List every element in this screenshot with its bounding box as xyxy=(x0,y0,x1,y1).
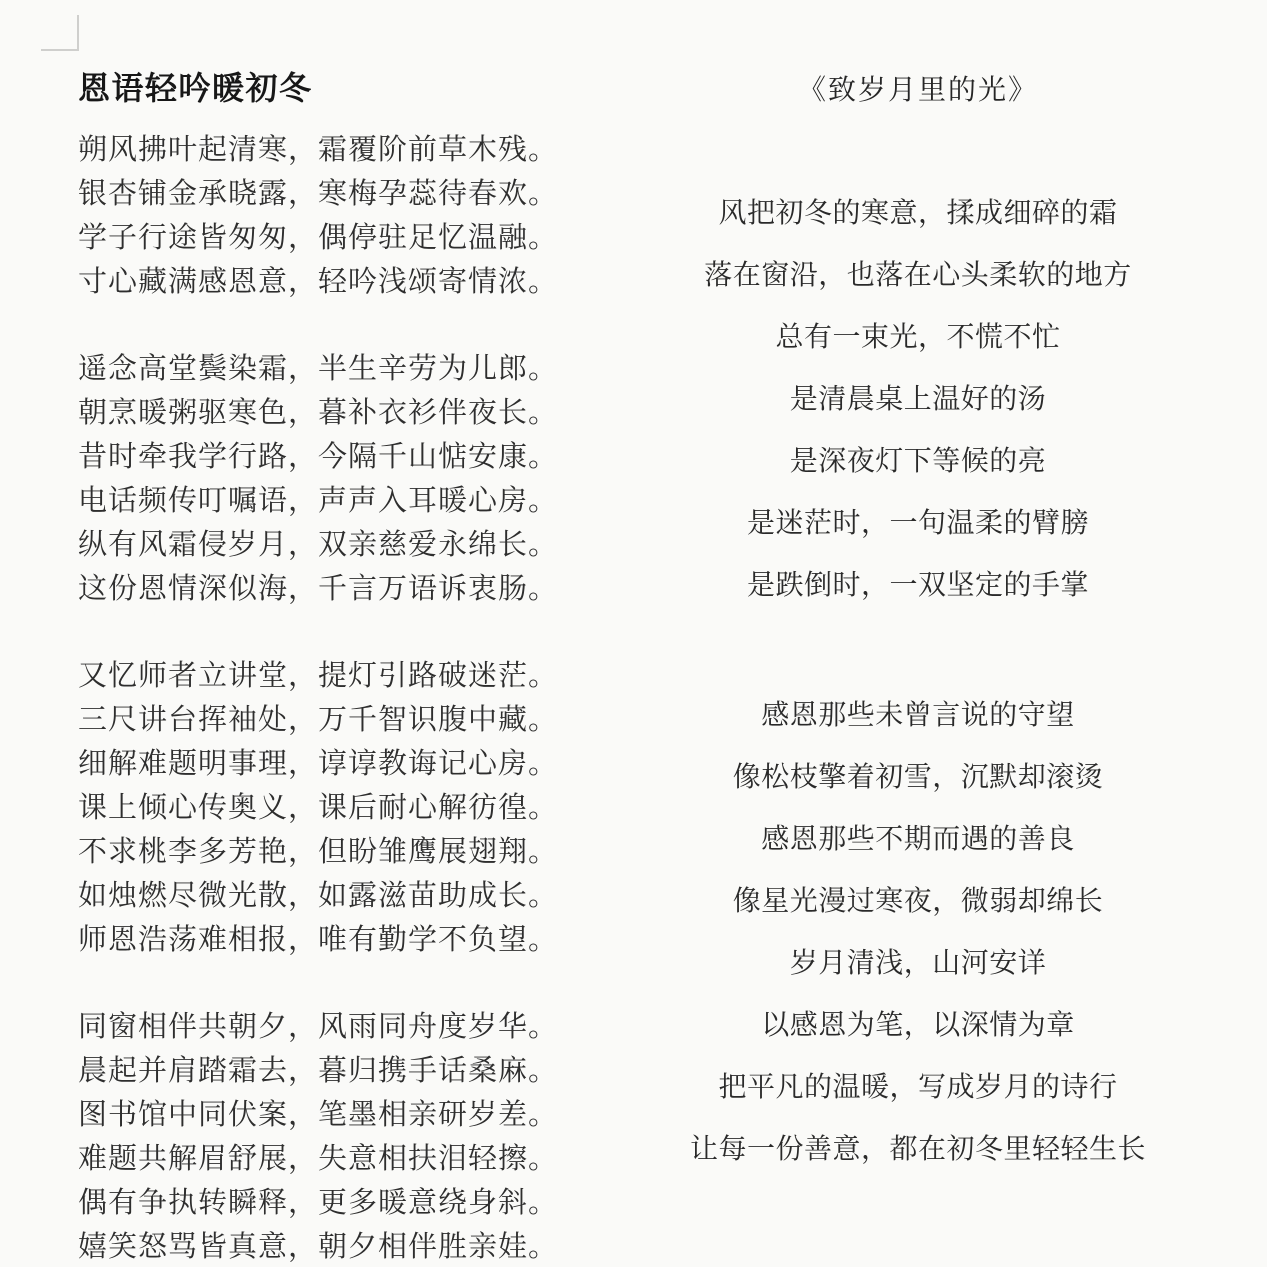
poem-line: 像松枝擎着初雪，沉默却滚烫 xyxy=(640,746,1196,808)
poem-line: 风把初冬的寒意，揉成细碎的霜 xyxy=(640,182,1196,244)
corner-crop-mark xyxy=(41,15,79,51)
poem-line: 如烛燃尽微光散，如露滋苗助成长。 xyxy=(78,874,598,918)
poem-line: 同窗相伴共朝夕，风雨同舟度岁华。 xyxy=(78,1005,598,1049)
poem-line: 不求桃李多芳艳，但盼雏鹰展翅翔。 xyxy=(78,830,598,874)
poem-line: 电话频传叮嘱语，声声入耳暖心房。 xyxy=(78,479,598,523)
document-page: 恩语轻吟暖初冬 朔风拂叶起清寒，霜覆阶前草木残。 银杏铺金承晓露，寒梅孕蕊待春欢… xyxy=(0,0,1267,1267)
left-poem-column: 恩语轻吟暖初冬 朔风拂叶起清寒，霜覆阶前草木残。 银杏铺金承晓露，寒梅孕蕊待春欢… xyxy=(78,70,598,1267)
poem-line: 落在窗沿，也落在心头柔软的地方 xyxy=(640,244,1196,306)
right-stanza-2: 感恩那些未曾言说的守望 像松枝擎着初雪，沉默却滚烫 感恩那些不期而遇的善良 像星… xyxy=(640,684,1196,1180)
left-stanza-4: 同窗相伴共朝夕，风雨同舟度岁华。 晨起并肩踏霜去，暮归携手话桑麻。 图书馆中同伏… xyxy=(78,1005,598,1267)
poem-line: 嬉笑怒骂皆真意，朝夕相伴胜亲娃。 xyxy=(78,1225,598,1267)
poem-line: 是清晨桌上温好的汤 xyxy=(640,368,1196,430)
poem-line: 纵有风霜侵岁月，双亲慈爱永绵长。 xyxy=(78,523,598,567)
poem-line: 昔时牵我学行路，今隔千山惦安康。 xyxy=(78,435,598,479)
right-poem-title: 《致岁月里的光》 xyxy=(640,70,1196,110)
poem-line: 让每一份善意，都在初冬里轻轻生长 xyxy=(640,1118,1196,1180)
poem-line: 总有一束光，不慌不忙 xyxy=(640,306,1196,368)
poem-line: 难题共解眉舒展，失意相扶泪轻擦。 xyxy=(78,1137,598,1181)
left-poem-title: 恩语轻吟暖初冬 xyxy=(78,70,598,106)
left-stanza-2: 遥念高堂鬓染霜，半生辛劳为儿郎。 朝烹暖粥驱寒色，暮补衣衫伴夜长。 昔时牵我学行… xyxy=(78,347,598,611)
right-poem-column: 《致岁月里的光》 风把初冬的寒意，揉成细碎的霜 落在窗沿，也落在心头柔软的地方 … xyxy=(640,70,1196,1180)
poem-line: 感恩那些未曾言说的守望 xyxy=(640,684,1196,746)
left-stanza-1: 朔风拂叶起清寒，霜覆阶前草木残。 银杏铺金承晓露，寒梅孕蕊待春欢。 学子行途皆匆… xyxy=(78,128,598,304)
poem-line: 像星光漫过寒夜，微弱却绵长 xyxy=(640,870,1196,932)
poem-line: 细解难题明事理，谆谆教诲记心房。 xyxy=(78,742,598,786)
poem-line: 晨起并肩踏霜去，暮归携手话桑麻。 xyxy=(78,1049,598,1093)
right-stanza-1: 风把初冬的寒意，揉成细碎的霜 落在窗沿，也落在心头柔软的地方 总有一束光，不慌不… xyxy=(640,182,1196,616)
poem-line: 图书馆中同伏案，笔墨相亲研岁差。 xyxy=(78,1093,598,1137)
poem-line: 朔风拂叶起清寒，霜覆阶前草木残。 xyxy=(78,128,598,172)
poem-line: 是跌倒时，一双坚定的手掌 xyxy=(640,554,1196,616)
poem-line: 以感恩为笔，以深情为章 xyxy=(640,994,1196,1056)
poem-line: 是深夜灯下等候的亮 xyxy=(640,430,1196,492)
poem-line: 是迷茫时，一句温柔的臂膀 xyxy=(640,492,1196,554)
poem-line: 学子行途皆匆匆，偶停驻足忆温融。 xyxy=(78,216,598,260)
poem-line: 这份恩情深似海，千言万语诉衷肠。 xyxy=(78,567,598,611)
poem-line: 寸心藏满感恩意，轻吟浅颂寄情浓。 xyxy=(78,260,598,304)
poem-line: 银杏铺金承晓露，寒梅孕蕊待春欢。 xyxy=(78,172,598,216)
poem-line: 又忆师者立讲堂，提灯引路破迷茫。 xyxy=(78,654,598,698)
left-poem-body: 朔风拂叶起清寒，霜覆阶前草木残。 银杏铺金承晓露，寒梅孕蕊待春欢。 学子行途皆匆… xyxy=(78,128,598,1267)
poem-line: 朝烹暖粥驱寒色，暮补衣衫伴夜长。 xyxy=(78,391,598,435)
left-stanza-3: 又忆师者立讲堂，提灯引路破迷茫。 三尺讲台挥袖处，万千智识腹中藏。 细解难题明事… xyxy=(78,654,598,962)
poem-line: 遥念高堂鬓染霜，半生辛劳为儿郎。 xyxy=(78,347,598,391)
poem-line: 偶有争执转瞬释，更多暖意绕身斜。 xyxy=(78,1181,598,1225)
poem-line: 课上倾心传奥义，课后耐心解彷徨。 xyxy=(78,786,598,830)
poem-line: 把平凡的温暖，写成岁月的诗行 xyxy=(640,1056,1196,1118)
poem-line: 岁月清浅，山河安详 xyxy=(640,932,1196,994)
poem-line: 感恩那些不期而遇的善良 xyxy=(640,808,1196,870)
poem-line: 师恩浩荡难相报，唯有勤学不负望。 xyxy=(78,918,598,962)
poem-line: 三尺讲台挥袖处，万千智识腹中藏。 xyxy=(78,698,598,742)
